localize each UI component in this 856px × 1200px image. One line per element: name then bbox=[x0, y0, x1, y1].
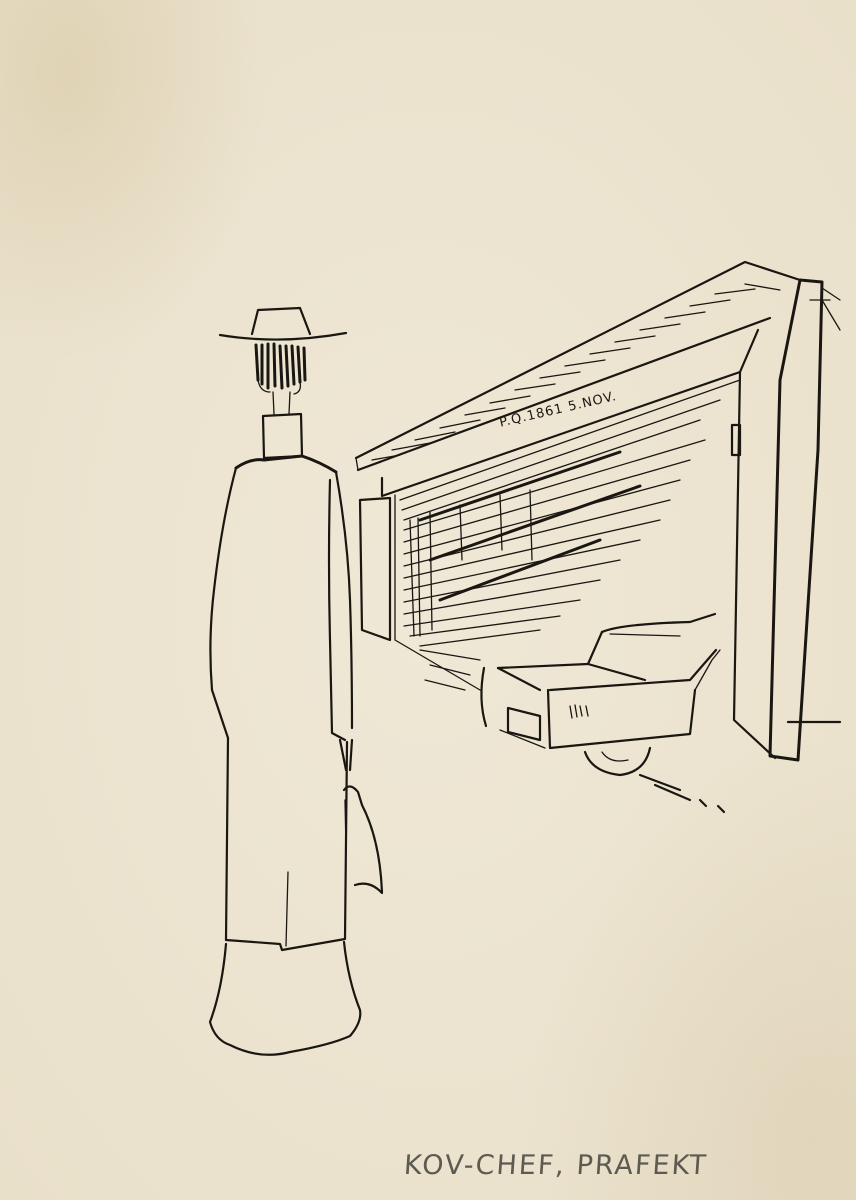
car bbox=[481, 614, 724, 812]
garage-interior-hatching bbox=[400, 380, 740, 646]
paper-sheet: P.Q.1861 5.NOV. KOV-CHEF, PRAFEKT bbox=[0, 0, 856, 1200]
figure bbox=[210, 308, 382, 1055]
garage bbox=[356, 262, 840, 760]
ink-drawing bbox=[0, 0, 856, 1200]
caption-text: KOV-CHEF, PRAFEKT bbox=[403, 1150, 709, 1181]
